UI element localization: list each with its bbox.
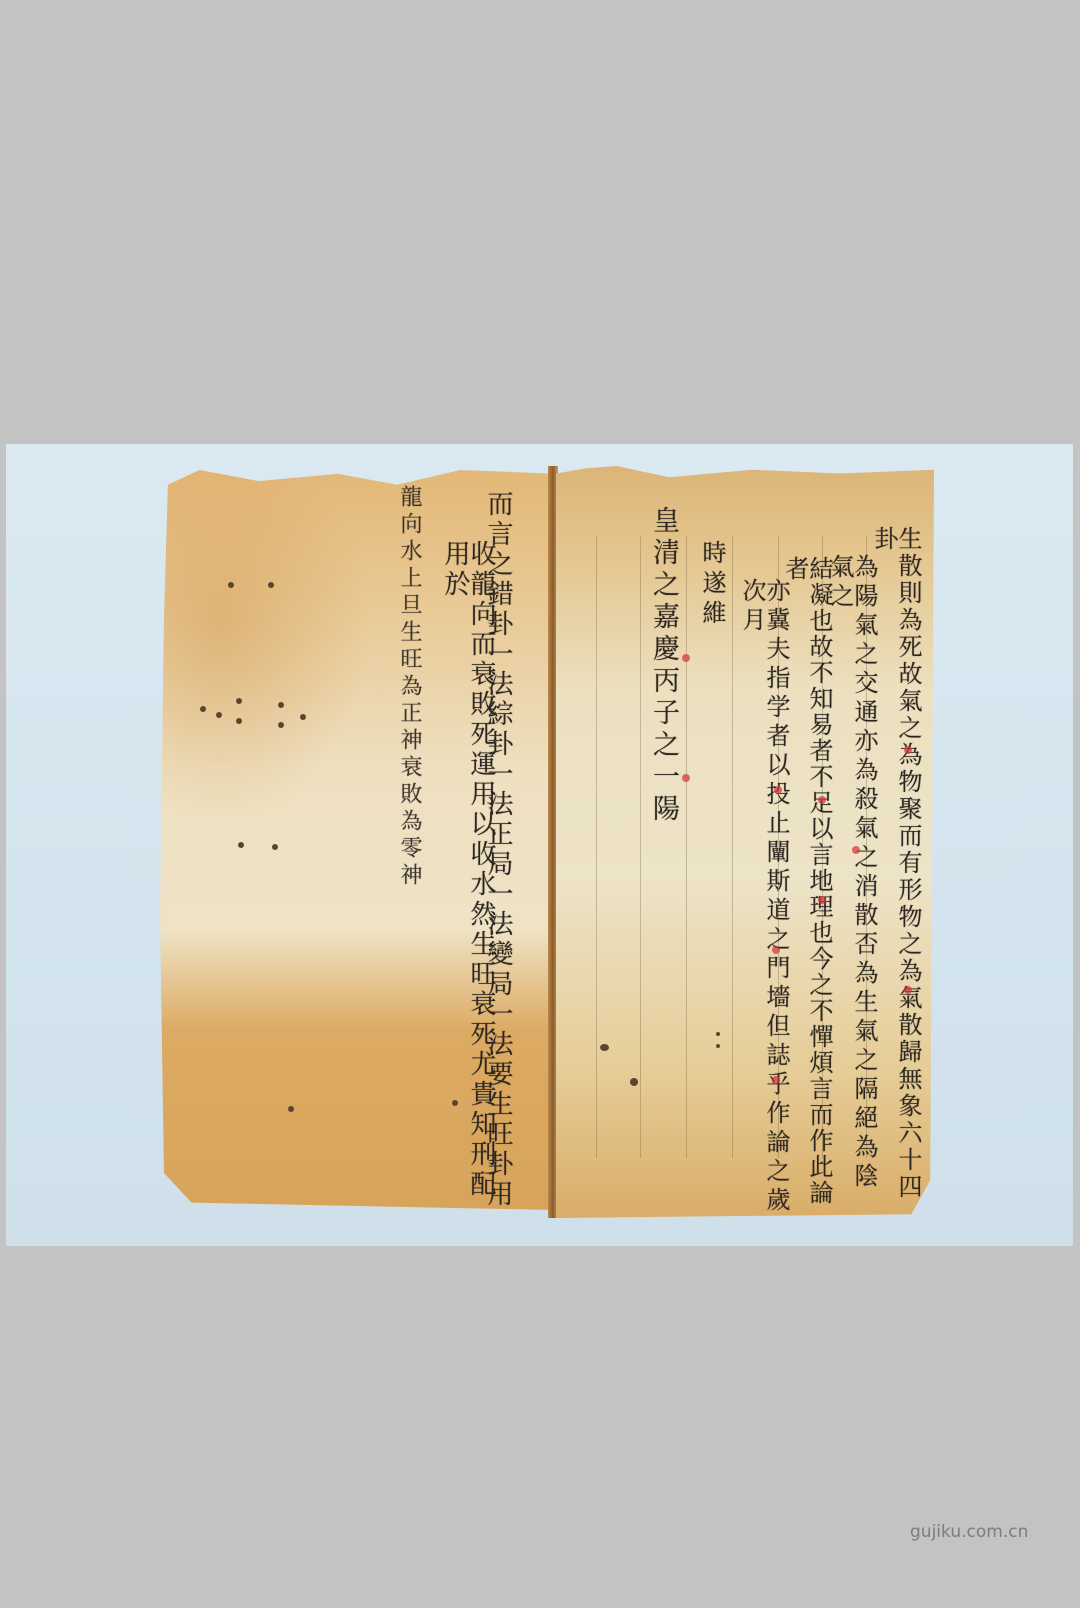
red-punctuation	[904, 986, 912, 994]
text-column: 為陽氣之交通亦為殺氣之消散否為生氣之隔絕為陰氣之	[828, 554, 876, 1218]
text-column: 皇清之嘉慶丙子之一陽	[650, 506, 677, 826]
red-punctuation	[904, 746, 912, 754]
wormhole	[300, 714, 306, 720]
right-page: 生散則為死故氣之為物聚而有形物之為氣散歸無象六十四卦 為陽氣之交通亦為殺氣之消散…	[556, 466, 934, 1218]
ruled-line	[732, 536, 733, 1158]
red-punctuation	[682, 774, 690, 782]
text-column: 時遂維	[700, 540, 724, 630]
text-column: 亦冀夫指学者以投止闡斯道之門墻但誌乎作論之歲次月	[740, 578, 788, 1218]
wormhole	[288, 1106, 294, 1112]
wormhole	[600, 1044, 609, 1051]
red-punctuation	[774, 786, 782, 794]
wormhole	[716, 1044, 720, 1048]
red-punctuation	[818, 896, 826, 904]
text-column: 收龍向而衰敗死運用以收水然生旺衰死尤貴知刑配用於	[442, 540, 494, 1210]
wormhole	[452, 1100, 458, 1106]
wormhole	[278, 702, 284, 708]
red-punctuation	[682, 654, 690, 662]
ruled-line	[686, 536, 687, 1158]
red-punctuation	[772, 1076, 780, 1084]
red-punctuation	[852, 846, 860, 854]
red-punctuation	[772, 946, 780, 954]
wormhole	[272, 844, 278, 850]
ruled-line	[596, 536, 597, 1158]
text-column: 龍向水上旦生旺為正神衰敗為零神	[398, 485, 420, 890]
wormhole	[716, 1032, 720, 1036]
wormhole	[200, 706, 206, 712]
wormhole	[228, 582, 234, 588]
text-column: 結凝也故不知易者不足以言地理也今之不憚煩言而作此論者	[783, 556, 831, 1218]
wormhole	[238, 842, 244, 848]
wormhole	[268, 582, 274, 588]
red-punctuation	[818, 796, 826, 804]
wormhole	[216, 712, 222, 718]
text-column: 生散則為死故氣之為物聚而有形物之為氣散歸無象六十四卦	[872, 526, 920, 1218]
wormhole	[236, 698, 242, 704]
wormhole	[278, 722, 284, 728]
ruled-line	[640, 536, 641, 1158]
wormhole	[630, 1078, 638, 1086]
left-page: 而言之錯卦一法綜卦一法正局一法變局一法要生旺卦用 收龍向而衰敗死運用以收水然生旺…	[160, 470, 555, 1210]
watermark-text: gujiku.com.cn	[910, 1522, 1028, 1542]
wormhole	[236, 718, 242, 724]
